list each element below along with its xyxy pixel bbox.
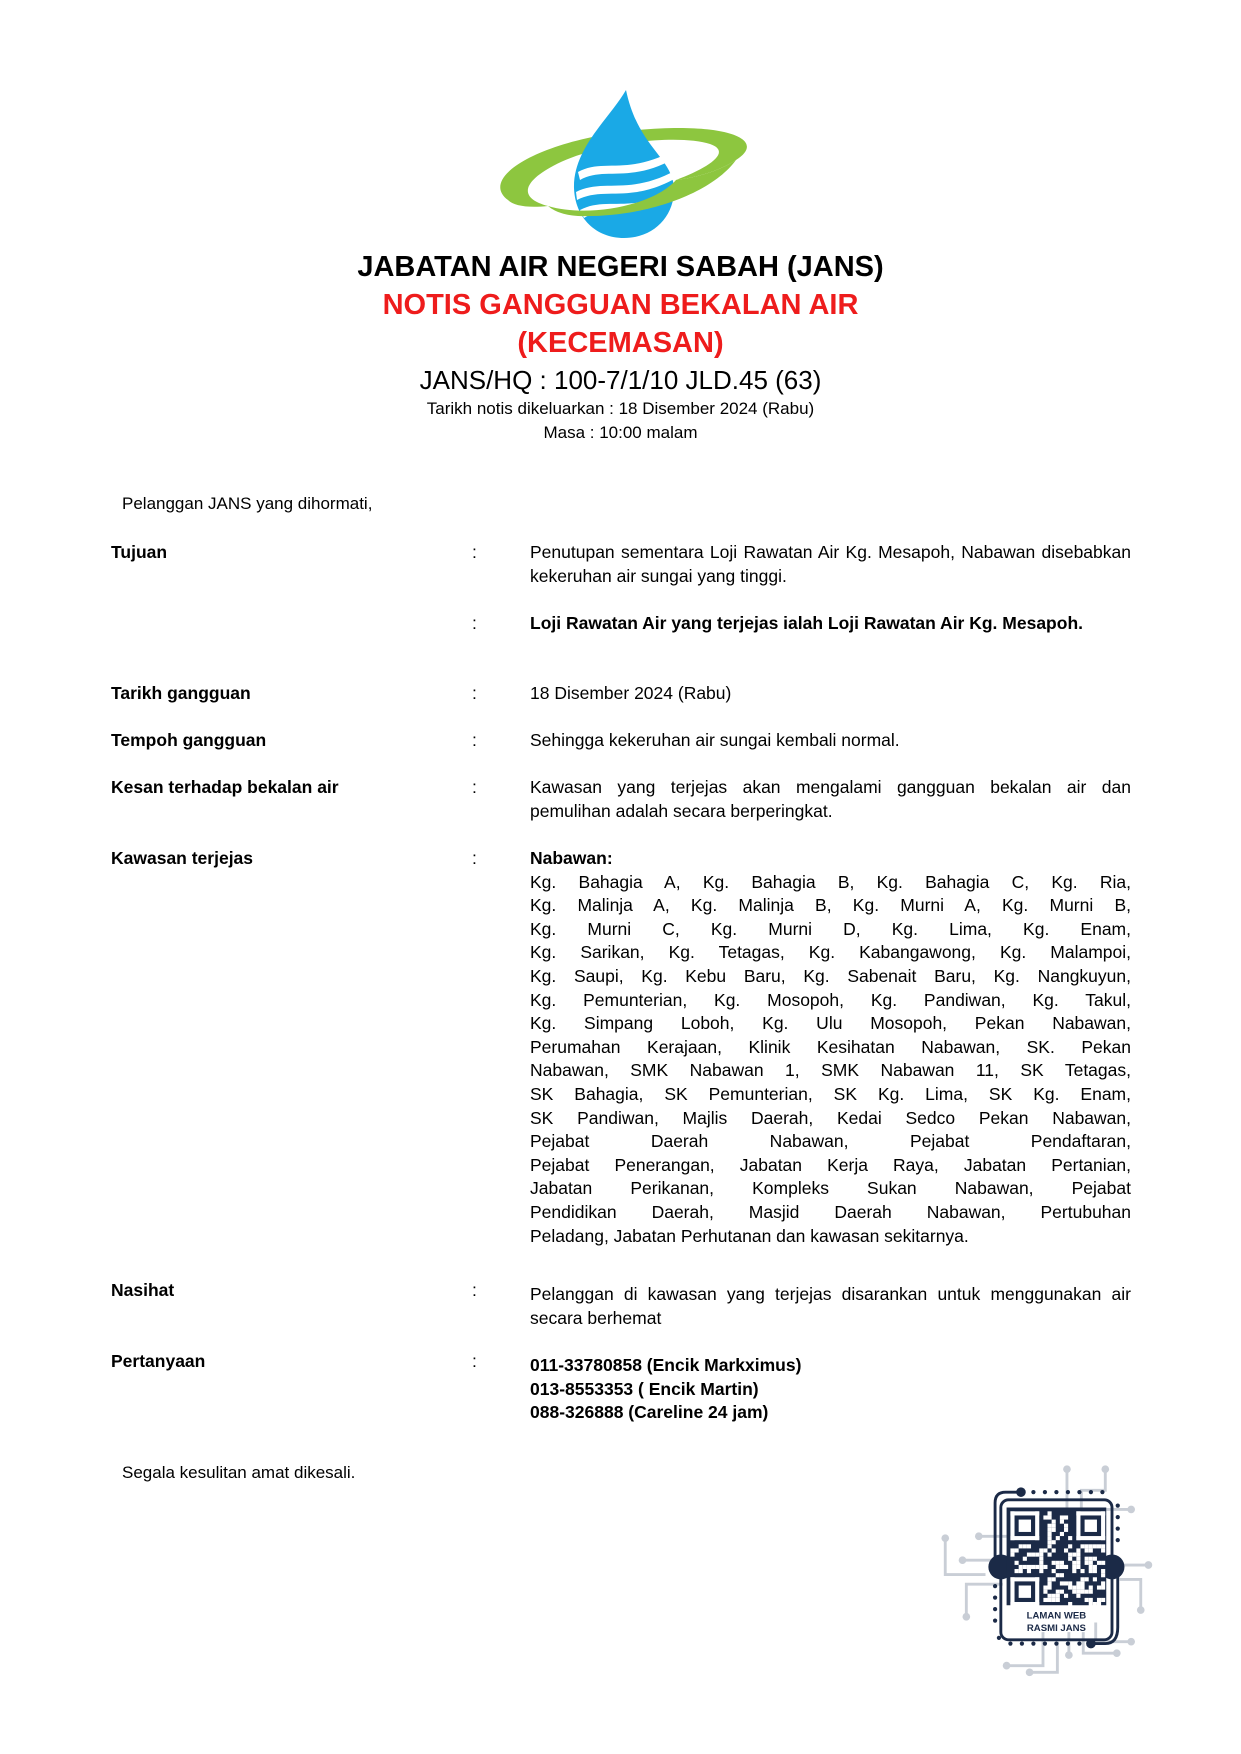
area-line: SK Bahagia, SK Pemunterian, SK Kg. Lima,…: [530, 1083, 1131, 1107]
area-line: Kg. Simpang Loboh, Kg. Ulu Mosopoh, Peka…: [530, 1012, 1131, 1036]
area-line: Pejabat Penerangan, Jabatan Kerja Raya, …: [530, 1154, 1131, 1178]
area-line: SK Pandiwan, Majlis Daerah, Kedai Sedco …: [530, 1107, 1131, 1131]
area-line: Kg. Murni C, Kg. Murni D, Kg. Lima, Kg. …: [530, 918, 1131, 942]
closing-remark: Segala kesulitan amat dikesali.: [122, 1463, 355, 1483]
separator: :: [472, 776, 477, 800]
field-label: Tempoh gangguan: [111, 729, 266, 753]
field-value: Kawasan yang terjejas akan mengalami gan…: [530, 776, 1131, 823]
affected-areas: Nabawan: Kg. Bahagia A, Kg. Bahagia B, K…: [530, 847, 1131, 1248]
qr-code-icon[interactable]: LAMAN WEB RASMI JANS: [928, 1450, 1158, 1680]
separator: :: [472, 729, 477, 753]
contact-phone[interactable]: 011-33780858 (Encik Markximus): [530, 1354, 1131, 1378]
greeting: Pelanggan JANS yang dihormati,: [122, 494, 372, 514]
qr-caption: LAMAN WEB: [1027, 1611, 1087, 1622]
field-label: Pertanyaan: [111, 1350, 205, 1374]
area-line: Nabawan, SMK Nabawan 1, SMK Nabawan 11, …: [530, 1059, 1131, 1083]
area-line: Pendidikan Daerah, Masjid Daerah Nabawan…: [530, 1201, 1131, 1225]
area-list: Kg. Bahagia A, Kg. Bahagia B, Kg. Bahagi…: [530, 871, 1131, 1249]
area-line: Jabatan Perikanan, Kompleks Sukan Nabawa…: [530, 1177, 1131, 1201]
field-label: Kesan terhadap bekalan air: [111, 776, 339, 800]
separator: :: [472, 682, 477, 706]
separator: :: [472, 847, 477, 871]
district-name: Nabawan:: [530, 847, 1131, 871]
area-line: Peladang, Jabatan Perhutanan dan kawasan…: [530, 1225, 1131, 1249]
separator: :: [472, 1279, 477, 1303]
field-value: Pelanggan di kawasan yang terjejas disar…: [530, 1283, 1131, 1330]
field-value: 18 Disember 2024 (Rabu): [530, 682, 1131, 706]
area-line: Kg. Sarikan, Kg. Tetagas, Kg. Kabangawon…: [530, 941, 1131, 965]
field-label: Tarikh gangguan: [111, 682, 251, 706]
area-line: Pejabat Daerah Nabawan, Pejabat Pendafta…: [530, 1130, 1131, 1154]
notice-type: (KECEMASAN): [0, 325, 1241, 361]
field-label: Kawasan terjejas: [111, 847, 253, 871]
area-line: Perumahan Kerajaan, Klinik Kesihatan Nab…: [530, 1036, 1131, 1060]
area-line: Kg. Saupi, Kg. Kebu Baru, Kg. Sabenait B…: [530, 965, 1131, 989]
field-label: Nasihat: [111, 1279, 174, 1303]
reference-number: JANS/HQ : 100-7/1/10 JLD.45 (63): [0, 365, 1241, 395]
separator: :: [472, 1350, 477, 1374]
field-value: Loji Rawatan Air yang terjejas ialah Loj…: [530, 612, 1131, 636]
separator: :: [472, 612, 477, 636]
contact-phone[interactable]: 013-8553353 ( Encik Martin): [530, 1378, 1131, 1402]
issued-time: Masa : 10:00 malam: [0, 422, 1241, 444]
field-value: Penutupan sementara Loji Rawatan Air Kg.…: [530, 541, 1131, 588]
field-label: Tujuan: [111, 541, 167, 565]
contact-phone[interactable]: 088-326888 (Careline 24 jam): [530, 1401, 1131, 1425]
contact-list: 011-33780858 (Encik Markximus) 013-85533…: [530, 1354, 1131, 1425]
issued-date: Tarikh notis dikeluarkan : 18 Disember 2…: [0, 398, 1241, 420]
area-line: Kg. Pemunterian, Kg. Mosopoh, Kg. Pandiw…: [530, 989, 1131, 1013]
qr-caption: RASMI JANS: [1027, 1623, 1087, 1634]
jans-logo: [478, 88, 766, 238]
field-value: Sehingga kekeruhan air sungai kembali no…: [530, 729, 1131, 753]
area-line: Kg. Malinja A, Kg. Malinja B, Kg. Murni …: [530, 894, 1131, 918]
area-line: Kg. Bahagia A, Kg. Bahagia B, Kg. Bahagi…: [530, 871, 1131, 895]
notice-title: NOTIS GANGGUAN BEKALAN AIR: [0, 287, 1241, 323]
separator: :: [472, 541, 477, 565]
organization-name: JABATAN AIR NEGERI SABAH (JANS): [0, 250, 1241, 284]
